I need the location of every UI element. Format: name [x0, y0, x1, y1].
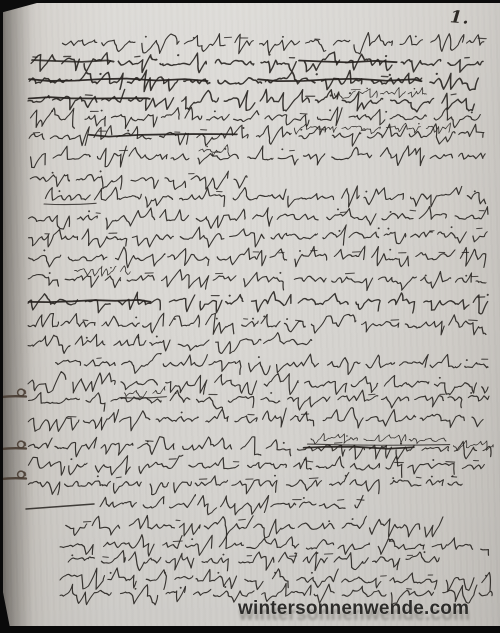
handwritten-line: [98, 494, 365, 515]
handwritten-line: [63, 515, 444, 538]
handwritten-line: [26, 407, 486, 432]
scan-corner-bottom-left: [0, 577, 11, 633]
handwritten-line: [58, 567, 496, 592]
handwritten-line: [28, 107, 482, 129]
handwritten-line: [60, 33, 488, 54]
handwritten-line: [26, 224, 489, 249]
scan-corner-top-left: [0, 0, 48, 13]
binding-ring-mark: [2, 471, 26, 479]
handwritten-line: [26, 455, 487, 478]
binding-ring-mark: [2, 389, 26, 397]
handwritten-line: [27, 123, 487, 148]
handwritten-line: [26, 384, 492, 411]
handwritten-line: [26, 472, 465, 495]
handwritten-line: [29, 52, 485, 74]
handwritten-line: [26, 246, 489, 269]
handwritten-line: [26, 85, 479, 112]
scan-edge-top: [0, 0, 500, 3]
scan-edge-left: [0, 0, 3, 633]
handwritten-line: [43, 185, 490, 208]
handwritten-text-block: [0, 0, 500, 633]
handwritten-line: [26, 431, 497, 460]
page-number: 1.: [449, 7, 470, 29]
margin-rule: [26, 504, 94, 509]
binding-ring-mark: [2, 441, 26, 449]
handwritten-line: [58, 534, 493, 558]
scan-edge-bottom: [0, 626, 500, 633]
handwritten-line: [53, 352, 491, 376]
handwritten-line: [26, 206, 490, 230]
handwritten-line: [26, 70, 480, 92]
handwritten-line: [66, 549, 441, 571]
watermark-text: wintersonnenwende.com: [238, 598, 453, 620]
scanned-manuscript-page: 1. wintersonnenwende.com wintersonnenwen…: [0, 0, 500, 633]
handwritten-line: [28, 170, 249, 190]
handwritten-line: [26, 265, 490, 291]
handwritten-line: [26, 371, 492, 396]
handwritten-line: [26, 332, 314, 354]
handwritten-line: [28, 144, 488, 167]
handwritten-line: [26, 292, 491, 314]
handwritten-line: [26, 313, 491, 335]
